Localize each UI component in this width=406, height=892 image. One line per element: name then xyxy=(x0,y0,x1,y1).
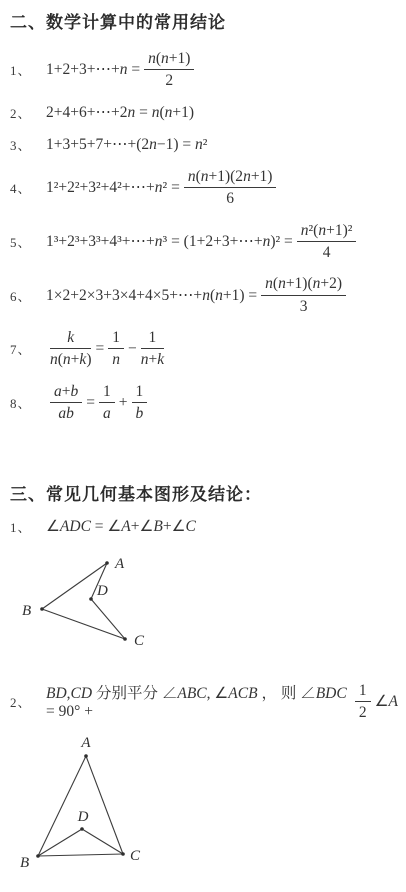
vertex-dot-d xyxy=(80,827,84,831)
fraction: kn(n+k) xyxy=(50,328,91,370)
formula-text: = xyxy=(95,340,104,358)
formula-expression: 1³+2³+3³+4³+⋯+n³ = (1+2+3+⋯+n)² =n²(n+1)… xyxy=(46,221,360,263)
formula-number: 5、 xyxy=(10,232,46,251)
formula-text: 1³+2³+3³+4³+⋯+n³ = (1+2+3+⋯+n)² = xyxy=(46,232,293,251)
edge-d-c xyxy=(82,829,123,854)
fraction: 1n xyxy=(108,328,124,370)
fraction: 1a xyxy=(99,382,115,424)
formula-text: 1²+2²+3²+4²+⋯+n² = xyxy=(46,178,180,197)
formula-row-6: 6、 1×2+2×3+3×4+4×5+⋯+n(n+1) =n(n+1)(n+2)… xyxy=(10,274,398,316)
fraction: 12 xyxy=(355,681,371,723)
fraction: 1n+k xyxy=(141,328,164,370)
geometry-item-1: 1、 ∠ADC = ∠A+∠B+∠C xyxy=(10,517,398,537)
formula-row-8: 8、 a+bab=1a+1b xyxy=(10,382,398,424)
formula-list: 1、 1+2+3+⋯+n =n(n+1)2 2、 2+4+6+⋯+2n = n(… xyxy=(10,49,398,424)
dart-figure-angle-adc: A B D C xyxy=(20,549,250,653)
formula-number: 7、 xyxy=(10,339,46,358)
vertex-label-a: A xyxy=(80,735,91,751)
formula-expression: 1+3+5+7+⋯+(2n−1) = n² xyxy=(46,135,207,154)
formula-number: 1、 xyxy=(10,60,46,79)
formula-row-5: 5、 1³+2³+3³+4³+⋯+n³ = (1+2+3+⋯+n)² =n²(n… xyxy=(10,221,398,263)
formula-number: 1、 xyxy=(10,517,46,536)
vertex-dot-c xyxy=(123,637,127,641)
triangle-figure-angle-bisectors: A B C D xyxy=(16,734,246,872)
fraction: n(n+1)2 xyxy=(144,49,194,91)
edge-a-c xyxy=(86,756,123,854)
vertex-dot-b xyxy=(36,854,40,858)
formula-expression: 1+2+3+⋯+n =n(n+1)2 xyxy=(46,49,198,91)
formula-number: 2、 xyxy=(10,692,46,711)
vertex-label-d: D xyxy=(96,583,108,599)
vertex-label-b: B xyxy=(22,603,31,619)
formula-text: 1+3+5+7+⋯+(2n−1) = n² xyxy=(46,135,207,154)
formula-number: 2、 xyxy=(10,103,46,122)
formula-text: 2+4+6+⋯+2n = n(n+1) xyxy=(46,103,194,122)
formula-number: 8、 xyxy=(10,393,46,412)
formula-expression: ∠ADC = ∠A+∠B+∠C xyxy=(46,517,196,536)
formula-row-3: 3、 1+3+5+7+⋯+(2n−1) = n² xyxy=(10,135,398,155)
formula-row-4: 4、 1²+2²+3²+4²+⋯+n² =n(n+1)(2n+1)6 xyxy=(10,167,398,209)
fraction: n(n+1)(n+2)3 xyxy=(261,274,346,316)
fraction: 1b xyxy=(132,382,148,424)
vertex-dot-a xyxy=(105,561,109,565)
formula-expression: 1²+2²+3²+4²+⋯+n² =n(n+1)(2n+1)6 xyxy=(46,167,280,209)
formula-expression: a+bab=1a+1b xyxy=(46,382,151,424)
vertex-dot-d xyxy=(89,597,93,601)
fraction: a+bab xyxy=(50,382,82,424)
formula-text: 1×2+2×3+3×4+4×5+⋯+n(n+1) = xyxy=(46,286,257,305)
formula-expression: 1×2+2×3+3×4+4×5+⋯+n(n+1) =n(n+1)(n+2)3 xyxy=(46,274,350,316)
formula-text: BD,CD 分别平分 ∠ABC, ∠ACB ， 则 ∠BDC = 90° + xyxy=(46,681,351,721)
formula-text: − xyxy=(128,340,137,358)
formula-text: 1+2+3+⋯+n = xyxy=(46,60,140,79)
formula-text: = xyxy=(86,394,95,412)
fraction: n²(n+1)²4 xyxy=(297,221,357,263)
formula-number: 3、 xyxy=(10,135,46,154)
vertex-label-a: A xyxy=(114,556,125,572)
geometry-item-2: 2、 BD,CD 分别平分 ∠ABC, ∠ACB ， 则 ∠BDC = 90° … xyxy=(10,681,398,723)
formula-number: 4、 xyxy=(10,178,46,197)
section2-title: 二、数学计算中的常用结论 xyxy=(10,8,398,33)
edge-b-c xyxy=(38,854,123,856)
vertex-label-b: B xyxy=(20,855,29,871)
formula-text: + xyxy=(119,394,128,412)
vertex-label-d: D xyxy=(77,809,89,825)
section3-title: 三、常见几何基本图形及结论： xyxy=(10,480,398,505)
formula-row-7: 7、 kn(n+k)=1n−1n+k xyxy=(10,328,398,370)
vertex-dot-b xyxy=(40,607,44,611)
vertex-label-c: C xyxy=(130,848,141,864)
vertex-dot-c xyxy=(121,852,125,856)
formula-expression: 2+4+6+⋯+2n = n(n+1) xyxy=(46,103,194,122)
vertex-dot-a xyxy=(84,754,88,758)
formula-text: ∠A xyxy=(375,692,398,711)
formula-text: ∠ADC = ∠A+∠B+∠C xyxy=(46,517,196,536)
formula-number: 6、 xyxy=(10,286,46,305)
formula-row-1: 1、 1+2+3+⋯+n =n(n+1)2 xyxy=(10,49,398,91)
formula-row-2: 2、 2+4+6+⋯+2n = n(n+1) xyxy=(10,103,398,123)
formula-expression: BD,CD 分别平分 ∠ABC, ∠ACB ， 则 ∠BDC = 90° +12… xyxy=(46,681,398,723)
fraction: n(n+1)(2n+1)6 xyxy=(184,167,277,209)
document-page: 二、数学计算中的常用结论 1、 1+2+3+⋯+n =n(n+1)2 2、 2+… xyxy=(0,0,406,872)
vertex-label-c: C xyxy=(134,633,145,649)
formula-expression: kn(n+k)=1n−1n+k xyxy=(46,328,168,370)
